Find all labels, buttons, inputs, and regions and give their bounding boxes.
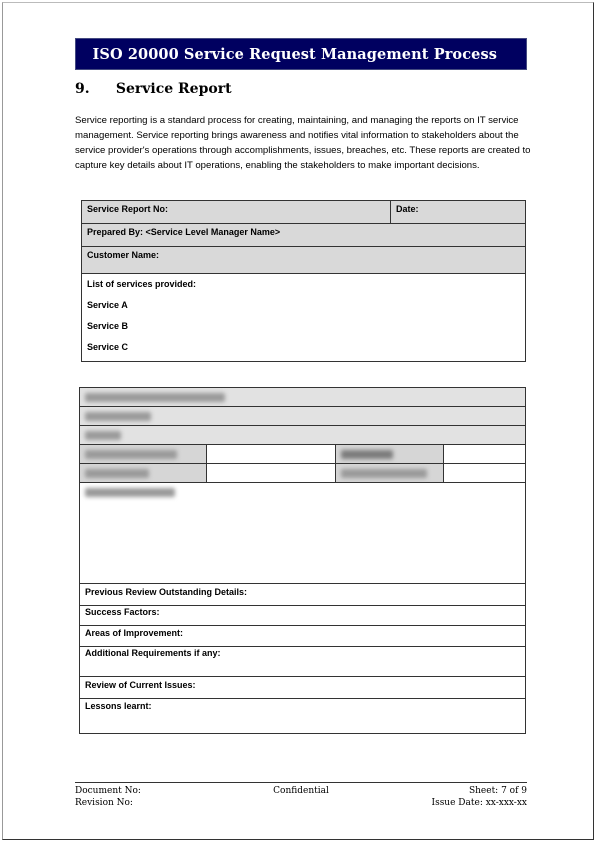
service-report-table: Service Report No: Date: Prepared By: <S… xyxy=(81,200,526,362)
redacted-label-cell xyxy=(80,464,207,483)
prepared-by-label: Prepared By: <Service Level Manager Name… xyxy=(87,227,280,237)
services-cell[interactable]: List of services provided: Service A Ser… xyxy=(82,274,526,362)
current-issues-label: Review of Current Issues: xyxy=(85,680,196,690)
report-no-cell[interactable]: Service Report No: xyxy=(82,201,391,224)
sheet-number: Sheet: 7 of 9 xyxy=(376,785,527,797)
redacted-value-cell[interactable] xyxy=(444,464,526,483)
document-page: ISO 20000 Service Request Management Pro… xyxy=(2,2,594,840)
redacted-text xyxy=(85,412,151,421)
redacted-row xyxy=(80,388,526,407)
report-no-label: Service Report No: xyxy=(87,204,168,214)
previous-review-label: Previous Review Outstanding Details: xyxy=(85,587,247,597)
section-title: Service Report xyxy=(116,81,232,97)
redacted-text xyxy=(341,469,427,478)
lessons-learnt-cell[interactable]: Lessons learnt: xyxy=(80,699,526,734)
redacted-value-cell[interactable] xyxy=(207,445,336,464)
redacted-text xyxy=(85,488,175,497)
section-heading: 9. Service Report xyxy=(75,81,232,97)
service-item: Service C xyxy=(87,342,520,352)
page-footer: Document No: Confidential Sheet: 7 of 9 … xyxy=(75,785,527,809)
document-no-label: Document No: xyxy=(75,785,226,797)
success-factors-label: Success Factors: xyxy=(85,607,160,617)
redacted-row xyxy=(80,407,526,426)
date-label: Date: xyxy=(396,204,419,214)
date-cell[interactable]: Date: xyxy=(391,201,526,224)
redacted-text xyxy=(85,393,225,402)
customer-name-label: Customer Name: xyxy=(87,250,159,260)
issue-date: Issue Date: xx-xxx-xx xyxy=(376,797,527,809)
redacted-value-cell[interactable] xyxy=(444,445,526,464)
footer-divider xyxy=(75,782,527,783)
redacted-value-cell[interactable] xyxy=(207,464,336,483)
section-intro-paragraph: Service reporting is a standard process … xyxy=(75,113,535,173)
areas-of-improvement-label: Areas of Improvement: xyxy=(85,628,183,638)
additional-requirements-label: Additional Requirements if any: xyxy=(85,648,221,658)
section-number: 9. xyxy=(75,81,111,97)
redacted-text xyxy=(85,469,149,478)
prepared-by-cell[interactable]: Prepared By: <Service Level Manager Name… xyxy=(82,224,526,247)
document-header-banner: ISO 20000 Service Request Management Pro… xyxy=(75,38,527,70)
redacted-text xyxy=(341,450,393,459)
redacted-label-cell xyxy=(80,445,207,464)
redacted-description-cell[interactable] xyxy=(80,483,526,584)
service-item: Service B xyxy=(87,321,520,331)
redacted-label-cell xyxy=(336,464,444,483)
success-factors-cell[interactable]: Success Factors: xyxy=(80,606,526,626)
additional-requirements-cell[interactable]: Additional Requirements if any: xyxy=(80,647,526,677)
redacted-label-cell xyxy=(336,445,444,464)
customer-name-cell[interactable]: Customer Name: xyxy=(82,247,526,274)
redacted-text xyxy=(85,431,121,440)
services-label: List of services provided: xyxy=(87,279,520,289)
redacted-text xyxy=(85,450,177,459)
service-item: Service A xyxy=(87,300,520,310)
previous-review-cell[interactable]: Previous Review Outstanding Details: xyxy=(80,584,526,606)
current-issues-cell[interactable]: Review of Current Issues: xyxy=(80,677,526,699)
areas-of-improvement-cell[interactable]: Areas of Improvement: xyxy=(80,626,526,647)
confidential-label: Confidential xyxy=(226,785,377,797)
revision-no-label: Revision No: xyxy=(75,797,226,809)
review-table: Previous Review Outstanding Details: Suc… xyxy=(79,387,526,734)
redacted-row xyxy=(80,426,526,445)
lessons-learnt-label: Lessons learnt: xyxy=(85,701,152,711)
